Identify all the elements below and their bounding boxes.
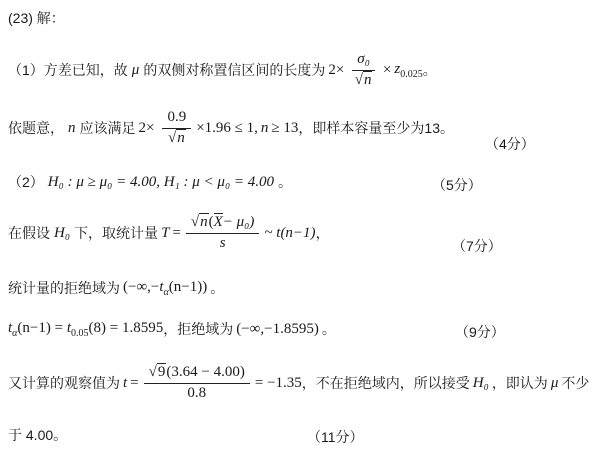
part1-intro-text2: 的双侧对称置信区间的长度为: [143, 60, 325, 80]
denominator-sqrt-n: √n: [168, 129, 186, 147]
part2-hypotheses-line: （2） H₀ : μ ≥ μ₀ = 4.00, H₁ : μ < μ₀ = 4.…: [8, 170, 292, 194]
radical-sign-icon: √: [149, 364, 157, 380]
radical-sign-icon: √: [191, 214, 199, 230]
sentence-period: 。: [210, 278, 224, 298]
coefficient-2x: 2×: [139, 120, 155, 137]
radical-sign-icon: √: [168, 130, 176, 146]
score-mark-5: （5分）: [432, 175, 482, 195]
interval-open: (−∞,−: [123, 279, 159, 295]
denominator-s: s: [220, 234, 226, 252]
score-mark-4: （4分）: [485, 134, 535, 154]
observed-value-text: 又计算的观察值为: [8, 373, 120, 393]
rejection-is-text: ，拒绝域为: [163, 319, 233, 339]
math-solution-document: (23) 解： （1）方差已知，故 μ 的双侧对称置信区间的长度为 2× σ₀ …: [0, 0, 593, 459]
fraction-sigma0-over-sqrt-n: σ₀ √n: [352, 51, 375, 89]
open-paren: (: [209, 214, 214, 230]
accept-text: ，不在拒绝域内，所以接受: [302, 373, 470, 393]
critical-value-line: tα(n−1) = t0.05(8) = 1.8595 ，拒绝域为 (−∞,−1…: [8, 316, 336, 342]
t-args: (n−1) =: [17, 320, 66, 336]
coefficient-2x: 2×: [328, 62, 344, 79]
believe-text: ，即认为: [492, 373, 548, 393]
equals-sign: =: [172, 225, 180, 242]
numerator-sigma0: σ₀: [352, 51, 375, 70]
part1-interval-line: （1）方差已知，故 μ 的双侧对称置信区间的长度为 2× σ₀ √n × z0.…: [8, 46, 437, 94]
inequality-bound: ≥ 13: [271, 120, 298, 137]
n-symbol: n: [68, 120, 76, 137]
minus-mu0: − μ₀): [223, 214, 255, 230]
fraction-T-statistic: √n(X− μ₀) s: [186, 214, 260, 252]
numerator-sqrt9: √9(3.64 − 4.00): [144, 364, 250, 383]
not-less-text: 不少: [561, 373, 589, 393]
score-mark-11: （11分）: [307, 427, 364, 447]
h0-symbol: H₀: [473, 375, 489, 392]
rejection-interval: (−∞,−tα(n−1)): [123, 279, 207, 298]
radical-sign-icon: √: [355, 72, 363, 88]
radicand-9: 9: [157, 363, 167, 380]
z-quantile-term: z0.025: [394, 61, 422, 80]
score-mark-9: （9分）: [455, 322, 505, 342]
yiti-text: 依题意，: [8, 118, 64, 138]
result-value: = −1.35: [255, 375, 302, 392]
radicand-n: n: [199, 213, 209, 230]
equals-sign: =: [130, 375, 138, 392]
comma: ，: [316, 223, 330, 243]
sentence-period: 。: [322, 319, 336, 339]
n-symbol: n: [261, 120, 269, 137]
interval-close: (n−1)): [169, 279, 207, 295]
sentence-period: 。: [278, 172, 292, 192]
than-400-text: 于 4.00。: [8, 425, 67, 445]
numerator-0.9: 0.9: [162, 109, 191, 128]
statistic-line: 在假设 H₀ 下，取统计量 T = √n(X− μ₀) s ~ t(n−1) ，: [8, 208, 330, 258]
numerator-sqrtn-xbar: √n(X− μ₀): [186, 214, 260, 233]
under-h0-text: 在假设: [8, 223, 50, 243]
conclusion-text: ，即样本容量至少为13。: [298, 118, 454, 138]
score-mark-7: （7分）: [452, 236, 502, 256]
denominator-0.8: 0.8: [187, 384, 206, 402]
denominator-sqrt-n: √n: [355, 71, 373, 89]
T-symbol: T: [161, 225, 169, 242]
z-subscript: 0.025: [400, 69, 423, 80]
t-level-subscript: 0.05: [71, 328, 89, 339]
part1-intro-text: （1）方差已知，故: [8, 60, 128, 80]
solution-header: (23) 解：: [8, 8, 65, 28]
t-symbol: t: [123, 375, 127, 392]
observed-value-line: 又计算的观察值为 t = √9(3.64 − 4.00) 0.8 = −1.35…: [8, 358, 589, 408]
x-bar-symbol: X: [214, 213, 223, 230]
part2-label: （2）: [8, 172, 44, 192]
take-statistic-text: 下，取统计量: [74, 223, 158, 243]
fraction-09-over-sqrt-n: 0.9 √n: [162, 109, 191, 147]
h0-symbol: H₀: [54, 225, 70, 242]
rejection-region-text: 统计量的拒绝域为: [8, 278, 120, 298]
radicand-n: n: [176, 129, 186, 146]
sentence-period: 。: [423, 60, 437, 80]
t-value: (8) = 1.8595: [89, 320, 164, 336]
distribution-text: ~ t(n−1): [264, 225, 315, 242]
hypotheses-formula: H₀ : μ ≥ μ₀ = 4.00, H₁ : μ < μ₀ = 4.00: [48, 174, 274, 191]
mu-symbol: μ: [551, 375, 559, 392]
conclusion-wrap-line: 于 4.00。: [8, 424, 67, 446]
times-sign: ×: [383, 62, 391, 79]
header-text: (23) 解：: [8, 8, 65, 28]
rejection-interval-value: (−∞,−1.8595): [236, 321, 319, 338]
should-satisfy-text: 应该满足: [80, 118, 136, 138]
mu-symbol: μ: [132, 62, 140, 79]
part1-sample-size-line: 依题意， n 应该满足 2× 0.9 √n ×1.96 ≤ 1, n ≥ 13 …: [8, 104, 454, 152]
inequality-text: ×1.96 ≤ 1,: [196, 120, 258, 137]
difference-term: (3.64 − 4.00): [166, 364, 244, 380]
critical-value-formula: tα(n−1) = t0.05(8) = 1.8595: [8, 320, 163, 339]
fraction-observed-t: √9(3.64 − 4.00) 0.8: [144, 364, 250, 402]
radicand-n: n: [363, 71, 373, 88]
rejection-region-line: 统计量的拒绝域为 (−∞,−tα(n−1)) 。: [8, 276, 224, 300]
